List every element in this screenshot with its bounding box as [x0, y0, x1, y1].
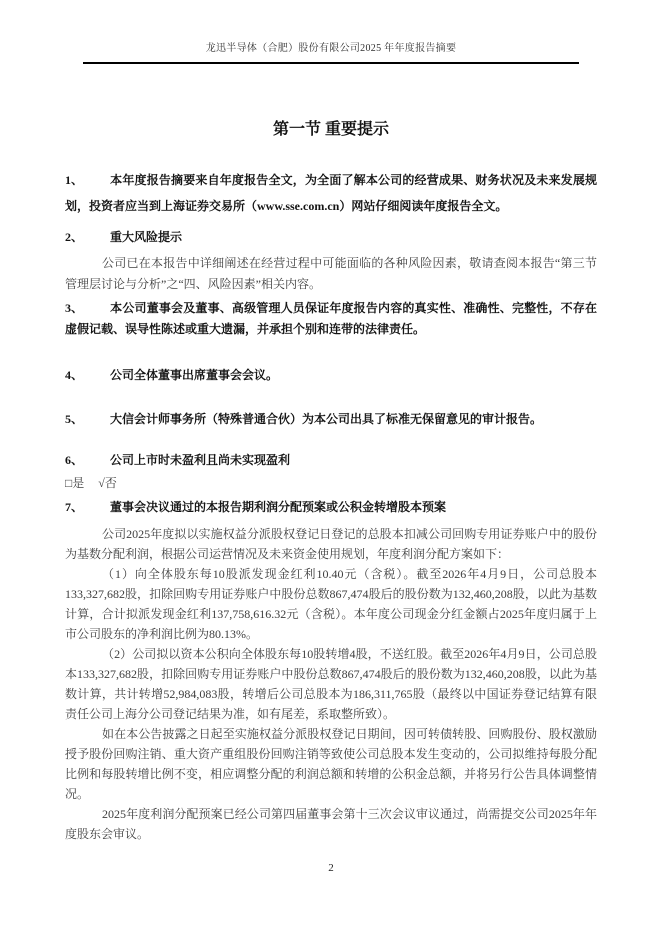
item-7-text: 董事会决议通过的本报告期利润分配预案或公积金转增股本预案 [110, 500, 446, 514]
item-4-text: 公司全体董事出席董事会会议。 [110, 368, 278, 382]
item-7-paragraph: 如在本公告披露之日起至实施权益分派股权登记日期间，因可转债转股、回购股份、股权激… [65, 724, 597, 804]
report-page: 龙迅半导体（合肥）股份有限公司2025 年年度报告摘要 第一节 重要提示 1、本… [0, 0, 662, 936]
item-2-text: 重大风险提示 [110, 230, 182, 244]
item-6: 6、公司上市时未盈利且尚未实现盈利 [65, 447, 597, 473]
checkbox-no: √否 [98, 476, 117, 490]
section-title: 第一节 重要提示 [65, 118, 597, 142]
item-4-number: 4、 [65, 362, 110, 388]
item-2: 2、重大风险提示 [65, 227, 597, 248]
item-6-number: 6、 [65, 447, 110, 473]
item-7: 7、董事会决议通过的本报告期利润分配预案或公积金转增股本预案 [65, 497, 597, 518]
item-7-paragraph: （1）向全体股东每10股派发现金红利10.40元（含税）。截至2026年4月9日… [65, 564, 597, 644]
item-1-text: 本年度报告摘要来自年度报告全文，为全面了解本公司的经营成果、财务状况及未来发展规… [65, 173, 597, 213]
item-5-text: 大信会计师事务所（特殊普通合伙）为本公司出具了标准无保留意见的审计报告。 [110, 412, 542, 426]
item-3: 3、本公司董事会及董事、高级管理人员保证年度报告内容的真实性、准确性、完整性，不… [65, 298, 597, 340]
item-2-paragraph: 公司已在本报告中详细阐述在经营过程中可能面临的各种风险因素，敬请查阅本报告“第三… [65, 253, 597, 295]
item-4: 4、公司全体董事出席董事会会议。 [65, 362, 597, 388]
page-number: 2 [0, 862, 662, 874]
item-2-number: 2、 [65, 227, 110, 248]
item-3-text: 本公司董事会及董事、高级管理人员保证年度报告内容的真实性、准确性、完整性，不存在… [65, 301, 597, 336]
item-6-yes-no-line: □是√否 [65, 473, 597, 494]
checkbox-yes: □是 [65, 476, 84, 490]
page-header-title: 龙迅半导体（合肥）股份有限公司2025 年年度报告摘要 [206, 43, 457, 54]
item-5: 5、大信会计师事务所（特殊普通合伙）为本公司出具了标准无保留意见的审计报告。 [65, 406, 597, 432]
header-rule [83, 62, 579, 64]
item-3-number: 3、 [65, 298, 110, 319]
item-5-number: 5、 [65, 406, 110, 432]
item-1-number: 1、 [65, 167, 110, 193]
item-6-text: 公司上市时未盈利且尚未实现盈利 [110, 453, 290, 467]
item-7-paragraph: 2025年度利润分配预案已经公司第四届董事会第十三次会议审议通过，尚需提交公司2… [65, 804, 597, 844]
page-header: 龙迅半导体（合肥）股份有限公司2025 年年度报告摘要 [83, 0, 579, 56]
item-1: 1、本年度报告摘要来自年度报告全文，为全面了解本公司的经营成果、财务状况及未来发… [65, 167, 597, 219]
item-7-paragraph: （2）公司拟以资本公积向全体股东每10股转增4股，不送红股。截至2026年4月9… [65, 644, 597, 724]
item-7-paragraph: 公司2025年度拟以实施权益分派股权登记日登记的总股本扣减公司回购专用证券账户中… [65, 524, 597, 564]
item-7-number: 7、 [65, 497, 110, 518]
